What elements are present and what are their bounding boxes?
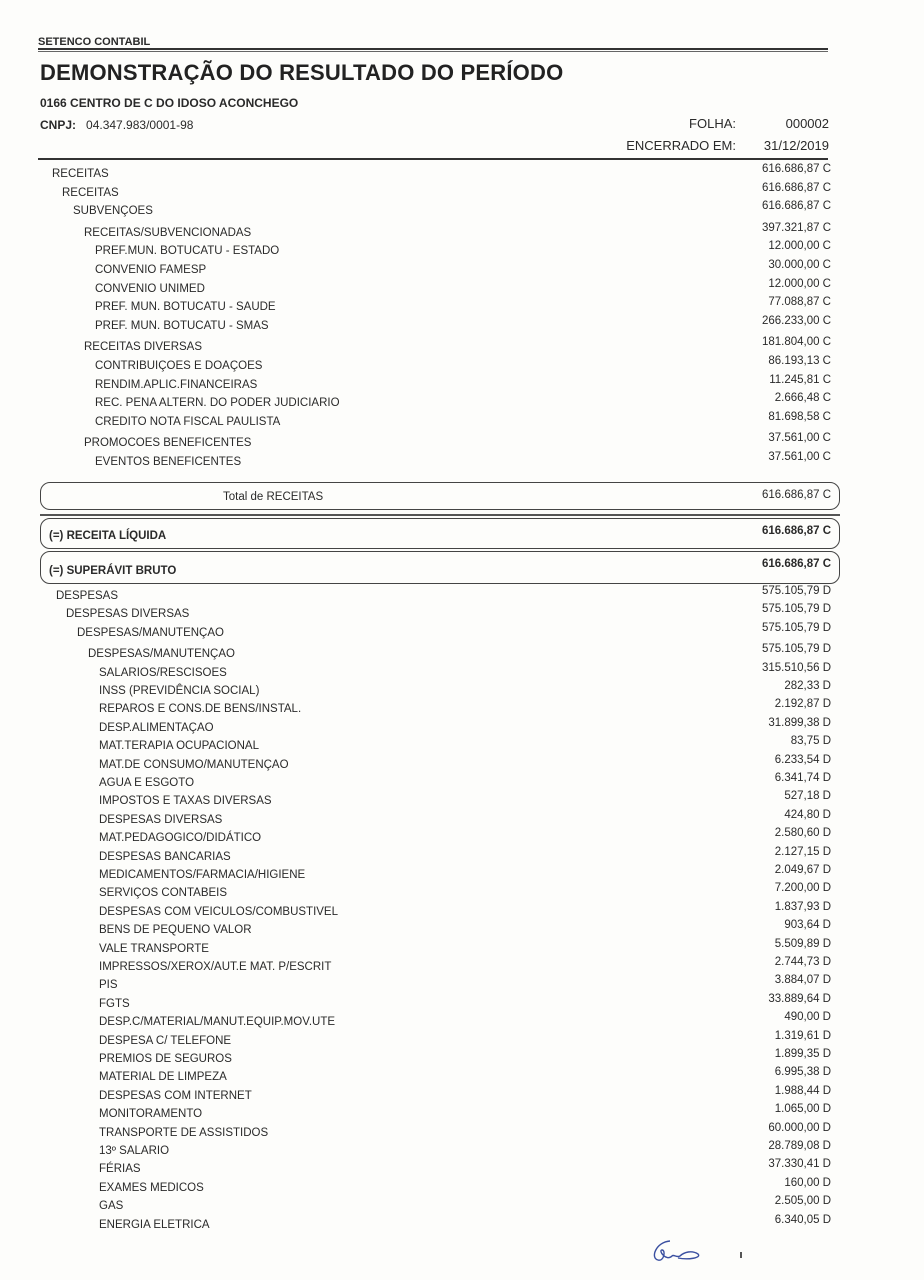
account-value: 86.193,13 C xyxy=(768,355,831,367)
total-receitas-label: Total de RECEITAS xyxy=(223,491,323,503)
ledger-row: SUBVENÇOES616.686,87 C xyxy=(0,205,924,223)
account-value: 397.321,87 C xyxy=(762,222,831,234)
account-value: 6.341,74 D xyxy=(775,772,831,784)
account-value: 6.233,54 D xyxy=(775,754,831,766)
account-value: 12.000,00 C xyxy=(768,278,831,290)
receita-liquida-box: (=) RECEITA LÍQUIDA 616.686,87 C xyxy=(40,518,840,549)
account-value: 575.105,79 D xyxy=(762,603,831,615)
account-label: RECEITAS xyxy=(62,187,119,199)
encerrado-value: 31/12/2019 xyxy=(764,138,829,153)
account-value: 1.988,44 D xyxy=(775,1085,831,1097)
header-rule xyxy=(38,48,828,50)
account-value: 37.561,00 C xyxy=(768,451,831,463)
account-value: 11.245,81 C xyxy=(769,374,831,386)
account-label: TRANSPORTE DE ASSISTIDOS xyxy=(99,1127,268,1139)
account-value: 2.744,73 D xyxy=(775,956,831,968)
superavit-box: (=) SUPERÁVIT BRUTO 616.686,87 C xyxy=(40,551,840,584)
account-label: RECEITAS DIVERSAS xyxy=(84,341,202,353)
account-label: SERVIÇOS CONTABEIS xyxy=(99,887,227,899)
account-value: 2.666,48 C xyxy=(775,392,831,404)
cnpj-line: CNPJ:04.347.983/0001-98 xyxy=(40,118,193,132)
account-label: RECEITAS xyxy=(52,168,109,180)
account-value: 903,64 D xyxy=(784,919,831,931)
account-value: 83,75 D xyxy=(791,735,831,747)
account-value: 282,33 D xyxy=(784,680,831,692)
account-value: 616.686,87 C xyxy=(762,200,831,212)
divider xyxy=(40,514,840,516)
account-value: 160,00 D xyxy=(784,1177,831,1189)
account-label: REPAROS E CONS.DE BENS/INSTAL. xyxy=(99,703,301,715)
account-value: 575.105,79 D xyxy=(762,643,831,655)
account-value: 490,00 D xyxy=(784,1011,831,1023)
account-label: AGUA E ESGOTO xyxy=(99,777,194,789)
total-receitas-box: Total de RECEITAS 616.686,87 C xyxy=(40,482,840,510)
account-label: PROMOCOES BENEFICENTES xyxy=(84,437,251,449)
account-value: 5.509,89 D xyxy=(775,938,831,950)
account-value: 575.105,79 D xyxy=(762,622,831,634)
entity-name: 0166 CENTRO DE C DO IDOSO ACONCHEGO xyxy=(40,96,298,110)
account-value: 3.884,07 D xyxy=(775,974,831,986)
account-value: 266.233,00 C xyxy=(762,315,831,327)
account-value: 616.686,87 C xyxy=(762,163,831,175)
ledger-row: EVENTOS BENEFICENTES37.561,00 C xyxy=(0,456,924,474)
account-label: PREF.MUN. BOTUCATU - ESTADO xyxy=(95,245,279,257)
account-label: DESPESA C/ TELEFONE xyxy=(99,1035,231,1047)
account-value: 1.319,61 D xyxy=(775,1030,831,1042)
account-value: 7.200,00 D xyxy=(775,882,831,894)
account-label: EVENTOS BENEFICENTES xyxy=(95,456,241,468)
account-value: 2.580,60 D xyxy=(775,827,831,839)
account-label: DESPESAS xyxy=(56,590,118,602)
account-label: DESPESAS COM VEICULOS/COMBUSTIVEL xyxy=(99,906,338,918)
folha-label: FOLHA: xyxy=(689,116,736,131)
account-value: 2.127,15 D xyxy=(775,846,831,858)
account-label: CONTRIBUIÇOES E DOAÇOES xyxy=(95,360,262,372)
ledger-row: PREF. MUN. BOTUCATU - SMAS266.233,00 C xyxy=(0,320,924,338)
folha-value: 000002 xyxy=(786,116,829,131)
account-value: 81.698,58 C xyxy=(768,411,831,423)
account-label: IMPRESSOS/XEROX/AUT.E MAT. P/ESCRIT xyxy=(99,961,331,973)
account-label: MATERIAL DE LIMPEZA xyxy=(99,1071,227,1083)
account-label: CONVENIO UNIMED xyxy=(95,283,205,295)
account-value: 1.899,35 D xyxy=(775,1048,831,1060)
header-rule-thin xyxy=(38,51,828,52)
account-label: DESP.ALIMENTAÇAO xyxy=(99,722,214,734)
account-label: DESPESAS/MANUTENÇAO xyxy=(88,648,235,660)
account-label: FGTS xyxy=(99,998,130,1010)
account-label: CREDITO NOTA FISCAL PAULISTA xyxy=(95,416,280,428)
account-label: VALE TRANSPORTE xyxy=(99,943,209,955)
account-value: 37.330,41 D xyxy=(768,1158,831,1170)
account-value: 527,18 D xyxy=(784,790,831,802)
ledger-row: CREDITO NOTA FISCAL PAULISTA81.698,58 C xyxy=(0,416,924,434)
account-label: PREF. MUN. BOTUCATU - SAUDE xyxy=(95,301,276,313)
account-label: 13º SALARIO xyxy=(99,1145,169,1157)
account-value: 2.505,00 D xyxy=(775,1195,831,1207)
section-rule xyxy=(38,158,828,160)
ledger-row: DESPESAS/MANUTENÇAO575.105,79 D xyxy=(0,627,924,645)
receita-liquida-label: (=) RECEITA LÍQUIDA xyxy=(49,530,166,542)
account-label: GAS xyxy=(99,1200,123,1212)
account-label: PREMIOS DE SEGUROS xyxy=(99,1053,232,1065)
cnpj-value: 04.347.983/0001-98 xyxy=(86,118,193,132)
ledger-row: DESP.ALIMENTAÇAO31.899,38 D xyxy=(0,722,924,740)
account-label: ENERGIA ELETRICA xyxy=(99,1219,210,1231)
account-value: 315.510,56 D xyxy=(762,662,831,674)
superavit-label: (=) SUPERÁVIT BRUTO xyxy=(49,565,176,577)
account-label: DESPESAS BANCARIAS xyxy=(99,851,231,863)
account-label: MONITORAMENTO xyxy=(99,1108,202,1120)
page-title: DEMONSTRAÇÃO DO RESULTADO DO PERÍODO xyxy=(40,60,563,86)
account-label: MAT.TERAPIA OCUPACIONAL xyxy=(99,740,259,752)
account-label: PIS xyxy=(99,979,118,991)
cnpj-label: CNPJ: xyxy=(40,118,76,132)
receita-liquida-value: 616.686,87 C xyxy=(762,525,831,537)
account-label: DESPESAS/MANUTENÇAO xyxy=(77,627,224,639)
account-label: DESPESAS DIVERSAS xyxy=(99,814,222,826)
account-label: FÉRIAS xyxy=(99,1163,141,1175)
signature-mark xyxy=(740,1252,742,1258)
account-label: RECEITAS/SUBVENCIONADAS xyxy=(84,227,251,239)
account-label: RENDIM.APLIC.FINANCEIRAS xyxy=(95,379,257,391)
account-value: 1.065,00 D xyxy=(775,1103,831,1115)
account-label: PREF. MUN. BOTUCATU - SMAS xyxy=(95,320,269,332)
account-label: DESP.C/MATERIAL/MANUT.EQUIP.MOV.UTE xyxy=(99,1016,335,1028)
account-label: SALARIOS/RESCISOES xyxy=(99,667,227,679)
encerrado-label: ENCERRADO EM: xyxy=(626,138,736,153)
account-label: IMPOSTOS E TAXAS DIVERSAS xyxy=(99,795,272,807)
account-value: 60.000,00 D xyxy=(768,1122,831,1134)
account-value: 2.049,67 D xyxy=(775,864,831,876)
account-value: 575.105,79 D xyxy=(762,585,831,597)
account-value: 1.837,93 D xyxy=(775,901,831,913)
total-receitas-value: 616.686,87 C xyxy=(762,489,831,501)
account-label: MAT.PEDAGOGICO/DIDÁTICO xyxy=(99,832,261,844)
account-label: CONVENIO FAMESP xyxy=(95,264,206,276)
account-value: 616.686,87 C xyxy=(762,182,831,194)
account-label: MAT.DE CONSUMO/MANUTENÇAO xyxy=(99,759,289,771)
account-label: DESPESAS DIVERSAS xyxy=(66,608,189,620)
account-label: MEDICAMENTOS/FARMACIA/HIGIENE xyxy=(99,869,305,881)
account-value: 424,80 D xyxy=(784,809,831,821)
account-value: 12.000,00 C xyxy=(768,240,831,252)
ledger-row: ENERGIA ELETRICA6.340,05 D xyxy=(0,1219,924,1237)
account-label: EXAMES MEDICOS xyxy=(99,1182,204,1194)
account-value: 2.192,87 D xyxy=(775,698,831,710)
account-value: 28.789,08 D xyxy=(768,1140,831,1152)
account-value: 30.000,00 C xyxy=(768,259,831,271)
company-name: SETENCO CONTABIL xyxy=(38,36,150,48)
account-value: 37.561,00 C xyxy=(768,432,831,444)
account-value: 31.899,38 D xyxy=(768,717,831,729)
account-label: DESPESAS COM INTERNET xyxy=(99,1090,252,1102)
account-value: 181.804,00 C xyxy=(762,336,831,348)
superavit-value: 616.686,87 C xyxy=(762,558,831,570)
account-label: SUBVENÇOES xyxy=(73,205,153,217)
account-value: 6.340,05 D xyxy=(775,1214,831,1226)
account-label: INSS (PREVIDÊNCIA SOCIAL) xyxy=(99,685,259,697)
account-label: BENS DE PEQUENO VALOR xyxy=(99,924,252,936)
account-value: 6.995,38 D xyxy=(775,1066,831,1078)
signature-icon xyxy=(648,1236,708,1266)
account-label: REC. PENA ALTERN. DO PODER JUDICIARIO xyxy=(95,397,340,409)
account-value: 33.889,64 D xyxy=(768,993,831,1005)
account-value: 77.088,87 C xyxy=(768,296,831,308)
